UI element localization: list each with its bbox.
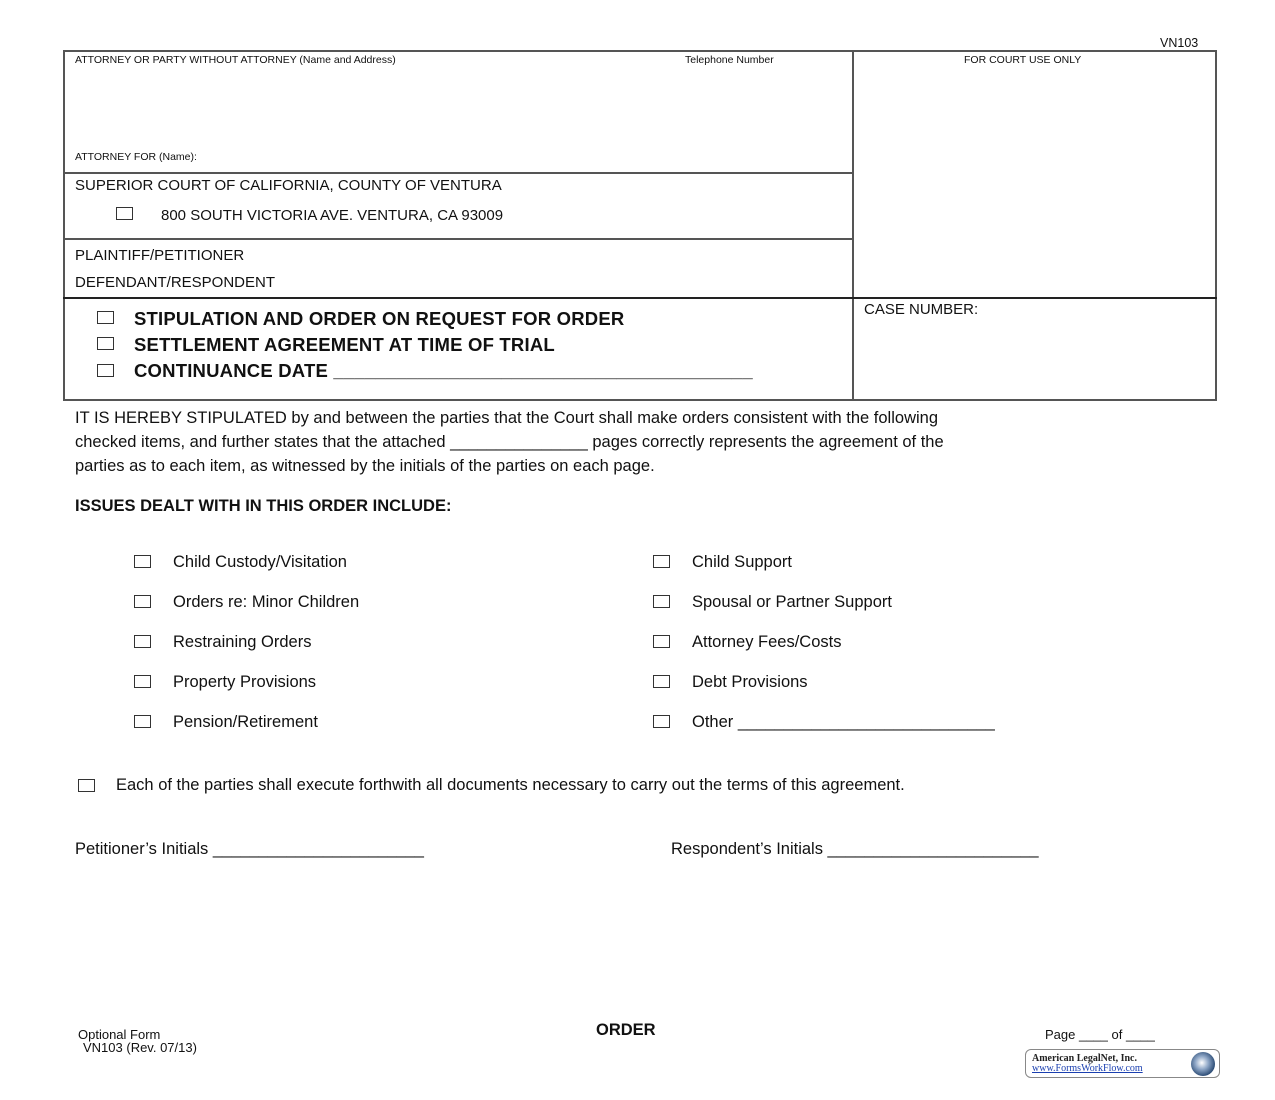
execute-documents-label: Each of the parties shall execute forthw… xyxy=(116,776,905,795)
stipulation-order-label: STIPULATION AND ORDER ON REQUEST FOR ORD… xyxy=(134,308,624,330)
issue-checkbox-minor-children[interactable] xyxy=(134,595,151,608)
issue-label-child-support: Child Support xyxy=(692,553,792,572)
continuance-date-label: CONTINUANCE DATE _______________________… xyxy=(134,360,753,382)
defendant-label: DEFENDANT/RESPONDENT xyxy=(75,274,275,291)
form-revision: VN103 (Rev. 07/13) xyxy=(83,1040,197,1055)
page-of-field[interactable]: Page ____ of ____ xyxy=(1045,1027,1155,1042)
row-divider-2 xyxy=(63,238,853,240)
issues-heading: ISSUES DEALT WITH IN THIS ORDER INCLUDE: xyxy=(75,497,451,516)
issue-label-minor-children: Orders re: Minor Children xyxy=(173,593,359,612)
american-legalnet-logo[interactable]: American LegalNet, Inc. www.FormsWorkFlo… xyxy=(1025,1049,1220,1078)
issue-label-spousal-support: Spousal or Partner Support xyxy=(692,593,892,612)
issue-label-other: Other ____________________________ xyxy=(692,713,995,732)
stipulation-text-line-1: IT IS HEREBY STIPULATED by and between t… xyxy=(75,409,938,428)
issue-label-restraining-orders: Restraining Orders xyxy=(173,633,311,652)
execute-documents-checkbox[interactable] xyxy=(78,779,95,792)
issue-checkbox-child-custody[interactable] xyxy=(134,555,151,568)
issue-checkbox-child-support[interactable] xyxy=(653,555,670,568)
issue-label-child-custody: Child Custody/Visitation xyxy=(173,553,347,572)
respondent-initials[interactable]: Respondent’s Initials __________________… xyxy=(671,840,1039,859)
row-divider-3 xyxy=(63,297,1217,299)
settlement-agreement-checkbox[interactable] xyxy=(97,337,114,350)
order-title: ORDER xyxy=(596,1021,656,1040)
globe-icon xyxy=(1191,1052,1215,1076)
box-left-border xyxy=(63,50,65,401)
petitioner-initials[interactable]: Petitioner’s Initials __________________… xyxy=(75,840,424,859)
issue-label-property-provisions: Property Provisions xyxy=(173,673,316,692)
logo-url-link[interactable]: www.FormsWorkFlow.com xyxy=(1032,1063,1143,1074)
column-divider xyxy=(852,50,854,401)
box-right-border xyxy=(1215,50,1217,401)
issue-label-pension-retirement: Pension/Retirement xyxy=(173,713,318,732)
case-number-label: CASE NUMBER: xyxy=(864,301,978,318)
issue-checkbox-debt-provisions[interactable] xyxy=(653,675,670,688)
issue-label-attorney-fees: Attorney Fees/Costs xyxy=(692,633,841,652)
continuance-date-checkbox[interactable] xyxy=(97,364,114,377)
court-address: 800 SOUTH VICTORIA AVE. VENTURA, CA 9300… xyxy=(161,207,503,224)
issue-checkbox-pension-retirement[interactable] xyxy=(134,715,151,728)
form-id: VN103 xyxy=(1160,36,1198,50)
attorney-label: ATTORNEY OR PARTY WITHOUT ATTORNEY (Name… xyxy=(75,54,396,66)
stipulation-order-checkbox[interactable] xyxy=(97,311,114,324)
court-name: SUPERIOR COURT OF CALIFORNIA, COUNTY OF … xyxy=(75,177,502,194)
issue-label-debt-provisions: Debt Provisions xyxy=(692,673,808,692)
attorney-for-label: ATTORNEY FOR (Name): xyxy=(75,151,197,163)
court-address-checkbox[interactable] xyxy=(116,207,133,220)
row-divider-1 xyxy=(63,172,853,174)
issue-checkbox-other[interactable] xyxy=(653,715,670,728)
case-number-field[interactable] xyxy=(862,320,1207,390)
stipulation-text-line-2: checked items, and further states that t… xyxy=(75,433,944,452)
attorney-name-address-field[interactable] xyxy=(70,70,845,145)
issue-checkbox-property-provisions[interactable] xyxy=(134,675,151,688)
telephone-label: Telephone Number xyxy=(685,54,774,66)
stipulation-text-line-3: parties as to each item, as witnessed by… xyxy=(75,457,655,476)
plaintiff-label: PLAINTIFF/PETITIONER xyxy=(75,247,244,264)
settlement-agreement-label: SETTLEMENT AGREEMENT AT TIME OF TRIAL xyxy=(134,334,555,356)
issue-checkbox-spousal-support[interactable] xyxy=(653,595,670,608)
issue-checkbox-attorney-fees[interactable] xyxy=(653,635,670,648)
box-bottom-border xyxy=(63,399,1217,401)
court-use-label: FOR COURT USE ONLY xyxy=(964,54,1081,66)
box-top-border xyxy=(63,50,1217,52)
issue-checkbox-restraining-orders[interactable] xyxy=(134,635,151,648)
